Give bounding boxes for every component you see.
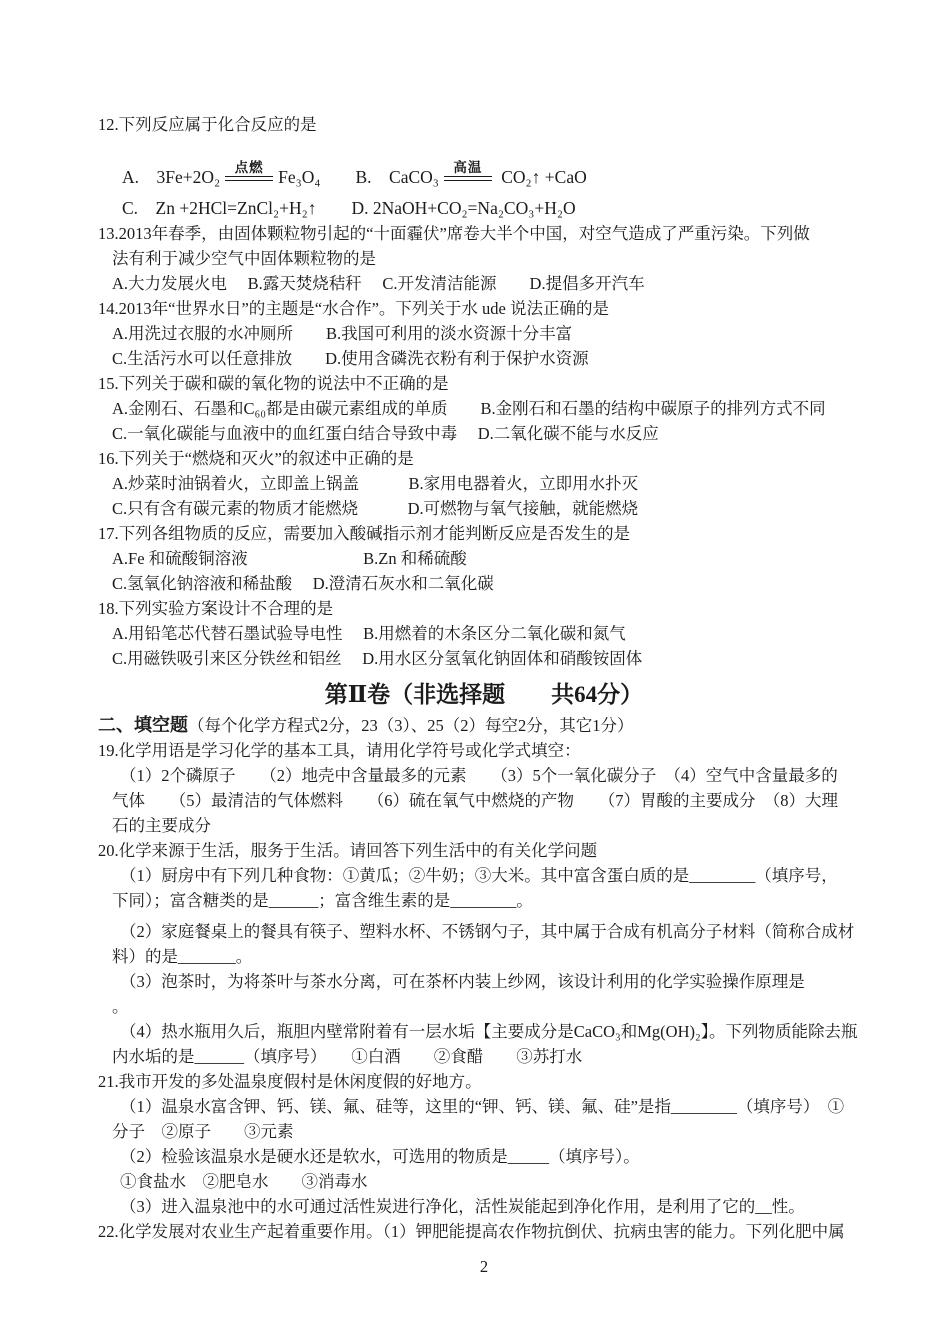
question-21-sub2-options: ①食盐水 ②肥皂水 ③消毒水 bbox=[98, 1169, 870, 1194]
question-20-sub2-line-1: （2）家庭餐桌上的餐具有筷子、塑料水杯、不锈钢勺子，其中属于合成有机高分子材料（… bbox=[98, 919, 870, 944]
fill-in-section-scoring: （每个化学方程式2分，23（3）、25（2）每空2分，其它1分） bbox=[188, 716, 634, 735]
question-13-line-1: 13.2013年春季，由固体颗粒物引起的“十面霾伏”席卷大半个中国，对空气造成了… bbox=[98, 221, 870, 246]
question-20-sub1-line-2: 下同）；富含糖类的是______；富含维生素的是________。 bbox=[98, 888, 870, 913]
reaction-condition-high-temp: 高温 bbox=[444, 160, 492, 189]
question-15-options-cd: C.一氧化碳能与血液中的血红蛋白结合导致中毒 D.二氧化碳不能与水反应 bbox=[98, 421, 870, 446]
double-line-rule bbox=[444, 176, 492, 181]
equation-a-rhs: Fe₃O₄ bbox=[278, 165, 320, 189]
question-22-stem: 22.化学发展对农业生产起着重要作用。（1）钾肥能提高农作物抗倒伏、抗病虫害的能… bbox=[98, 1219, 870, 1244]
question-17-options-cd: C.氢氧化钠溶液和稀盐酸 D.澄清石灰水和二氧化碳 bbox=[98, 571, 870, 596]
question-20-sub3-line-1: （3）泡茶时，为将茶叶与茶水分离，可在茶杯内装上纱网，该设计利用的化学实验操作原… bbox=[98, 969, 870, 994]
question-18-options-ab: A.用铅笔芯代替石墨试验导电性 B.用燃着的木条区分二氧化碳和氮气 bbox=[98, 621, 870, 646]
question-20-sub1-line-1: （1）厨房中有下列几种食物：①黄瓜；②牛奶；③大米。其中富含蛋白质的是_____… bbox=[98, 863, 870, 888]
double-line-rule bbox=[225, 176, 273, 181]
document-page: 12.下列反应属于化合反应的是 A. 3Fe+2O₂ 点燃 Fe₃O₄ B. C… bbox=[0, 0, 950, 1344]
condition-label-high-temp: 高温 bbox=[453, 160, 482, 175]
question-20-sub4-line-2: 内水垢的是______（填序号） ①白酒 ②食醋 ③苏打水 bbox=[98, 1044, 870, 1069]
question-21-sub1-line-2: 分子 ②原子 ③元素 bbox=[98, 1119, 870, 1144]
question-20-sub2-line-2: 料）的是_______。 bbox=[98, 944, 870, 969]
condition-label-ignite: 点燃 bbox=[235, 160, 264, 175]
question-19-stem: 19.化学用语是学习化学的基本工具，请用化学符号或化学式填空： bbox=[98, 738, 870, 763]
question-20-stem: 20.化学来源于生活，服务于生活。请回答下列生活中的有关化学问题 bbox=[98, 838, 870, 863]
question-17-stem: 17.下列各组物质的反应，需要加入酸碱指示剂才能判断反应是否发生的是 bbox=[98, 521, 870, 546]
question-16-options-cd: C.只有含有碳元素的物质才能燃烧 D.可燃物与氧气接触，就能燃烧 bbox=[98, 496, 870, 521]
question-18-stem: 18.下列实验方案设计不合理的是 bbox=[98, 596, 870, 621]
options-gap bbox=[320, 165, 355, 189]
equation-b-lhs: B. CaCO₃ bbox=[355, 165, 438, 189]
question-13-options: A.大力发展火电 B.露天焚烧秸秆 C.开发清洁能源 D.提倡多开汽车 bbox=[98, 271, 870, 296]
question-21-sub1-line-1: （1）温泉水富含钾、钙、镁、氟、硅等，这里的“钾、钙、镁、氟、硅”是指_____… bbox=[98, 1094, 870, 1119]
question-15-stem: 15.下列关于碳和碳的氧化物的说法中不正确的是 bbox=[98, 371, 870, 396]
question-15-options-ab: A.金刚石、石墨和C₆₀都是由碳元素组成的单质 B.金刚石和石墨的结构中碳原子的… bbox=[98, 396, 870, 421]
question-16-options-ab: A.炒菜时油锅着火，立即盖上锅盖 B.家用电器着火，立即用水扑灭 bbox=[98, 471, 870, 496]
fill-in-section-heading: 二、填空题（每个化学方程式2分，23（3）、25（2）每空2分，其它1分） bbox=[98, 713, 870, 738]
part-2-header: 第Ⅱ卷（非选择题 共64分） bbox=[98, 677, 870, 713]
question-21-sub3: （3）进入温泉池中的水可通过活性炭进行净化，活性炭能起到净化作用，是利用了它的_… bbox=[98, 1194, 870, 1219]
question-14-options-ab: A.用洗过衣服的水冲厕所 B.我国可利用的淡水资源十分丰富 bbox=[98, 321, 870, 346]
question-12-stem: 12.下列反应属于化合反应的是 bbox=[98, 112, 870, 137]
question-14-options-cd: C.生活污水可以任意排放 D.使用含磷洗衣粉有利于保护水资源 bbox=[98, 346, 870, 371]
question-18-options-cd: C.用磁铁吸引来区分铁丝和铝丝 D.用水区分氢氧化钠固体和硝酸铵固体 bbox=[98, 646, 870, 671]
question-14-stem: 14.2013年“世界水日”的主题是“水合作”。下列关于水 ude 说法正确的是 bbox=[98, 296, 870, 321]
page-number: 2 bbox=[98, 1254, 870, 1279]
reaction-condition-ignite: 点燃 bbox=[225, 160, 273, 189]
question-16-stem: 16.下列关于“燃烧和灭火”的叙述中正确的是 bbox=[98, 446, 870, 471]
question-20-sub4-line-1: （4）热水瓶用久后，瓶胆内壁常附着有一层水垢【主要成分是CaCO₃和Mg(OH)… bbox=[98, 1019, 870, 1044]
question-19-line-3: 石的主要成分 bbox=[98, 813, 870, 838]
question-13-line-2: 法有利于减少空气中固体颗粒物的是 bbox=[98, 246, 870, 271]
question-20-sub3-line-2: 。 bbox=[98, 994, 870, 1019]
question-21-sub2: （2）检验该温泉水是硬水还是软水，可选用的物质是_____（填序号）。 bbox=[98, 1144, 870, 1169]
question-17-options-ab: A.Fe 和硫酸铜溶液 B.Zn 和稀硫酸 bbox=[98, 546, 870, 571]
equation-b-rhs: CO₂↑ +CaO bbox=[497, 165, 587, 189]
question-19-line-1: （1）2个磷原子 （2）地壳中含量最多的元素 （3）5个一氧化碳分子 （4）空气… bbox=[98, 763, 870, 788]
question-19-line-2: 气体 （5）最清洁的气体燃料 （6）硫在氧气中燃烧的产物 （7）胃酸的主要成分 … bbox=[98, 788, 870, 813]
equation-a-lhs: A. 3Fe+2O₂ bbox=[122, 165, 220, 189]
fill-in-section-title: 二、填空题 bbox=[98, 715, 188, 735]
question-21-stem: 21.我市开发的多处温泉度假村是休闲度假的好地方。 bbox=[98, 1069, 870, 1094]
question-12-options-cd: C. Zn +2HCl=ZnCl₂+H₂↑ D. 2NaOH+CO₂=Na₂CO… bbox=[98, 196, 870, 221]
question-12-options-ab: A. 3Fe+2O₂ 点燃 Fe₃O₄ B. CaCO₃ 高温 CO₂↑ +Ca… bbox=[98, 137, 870, 189]
